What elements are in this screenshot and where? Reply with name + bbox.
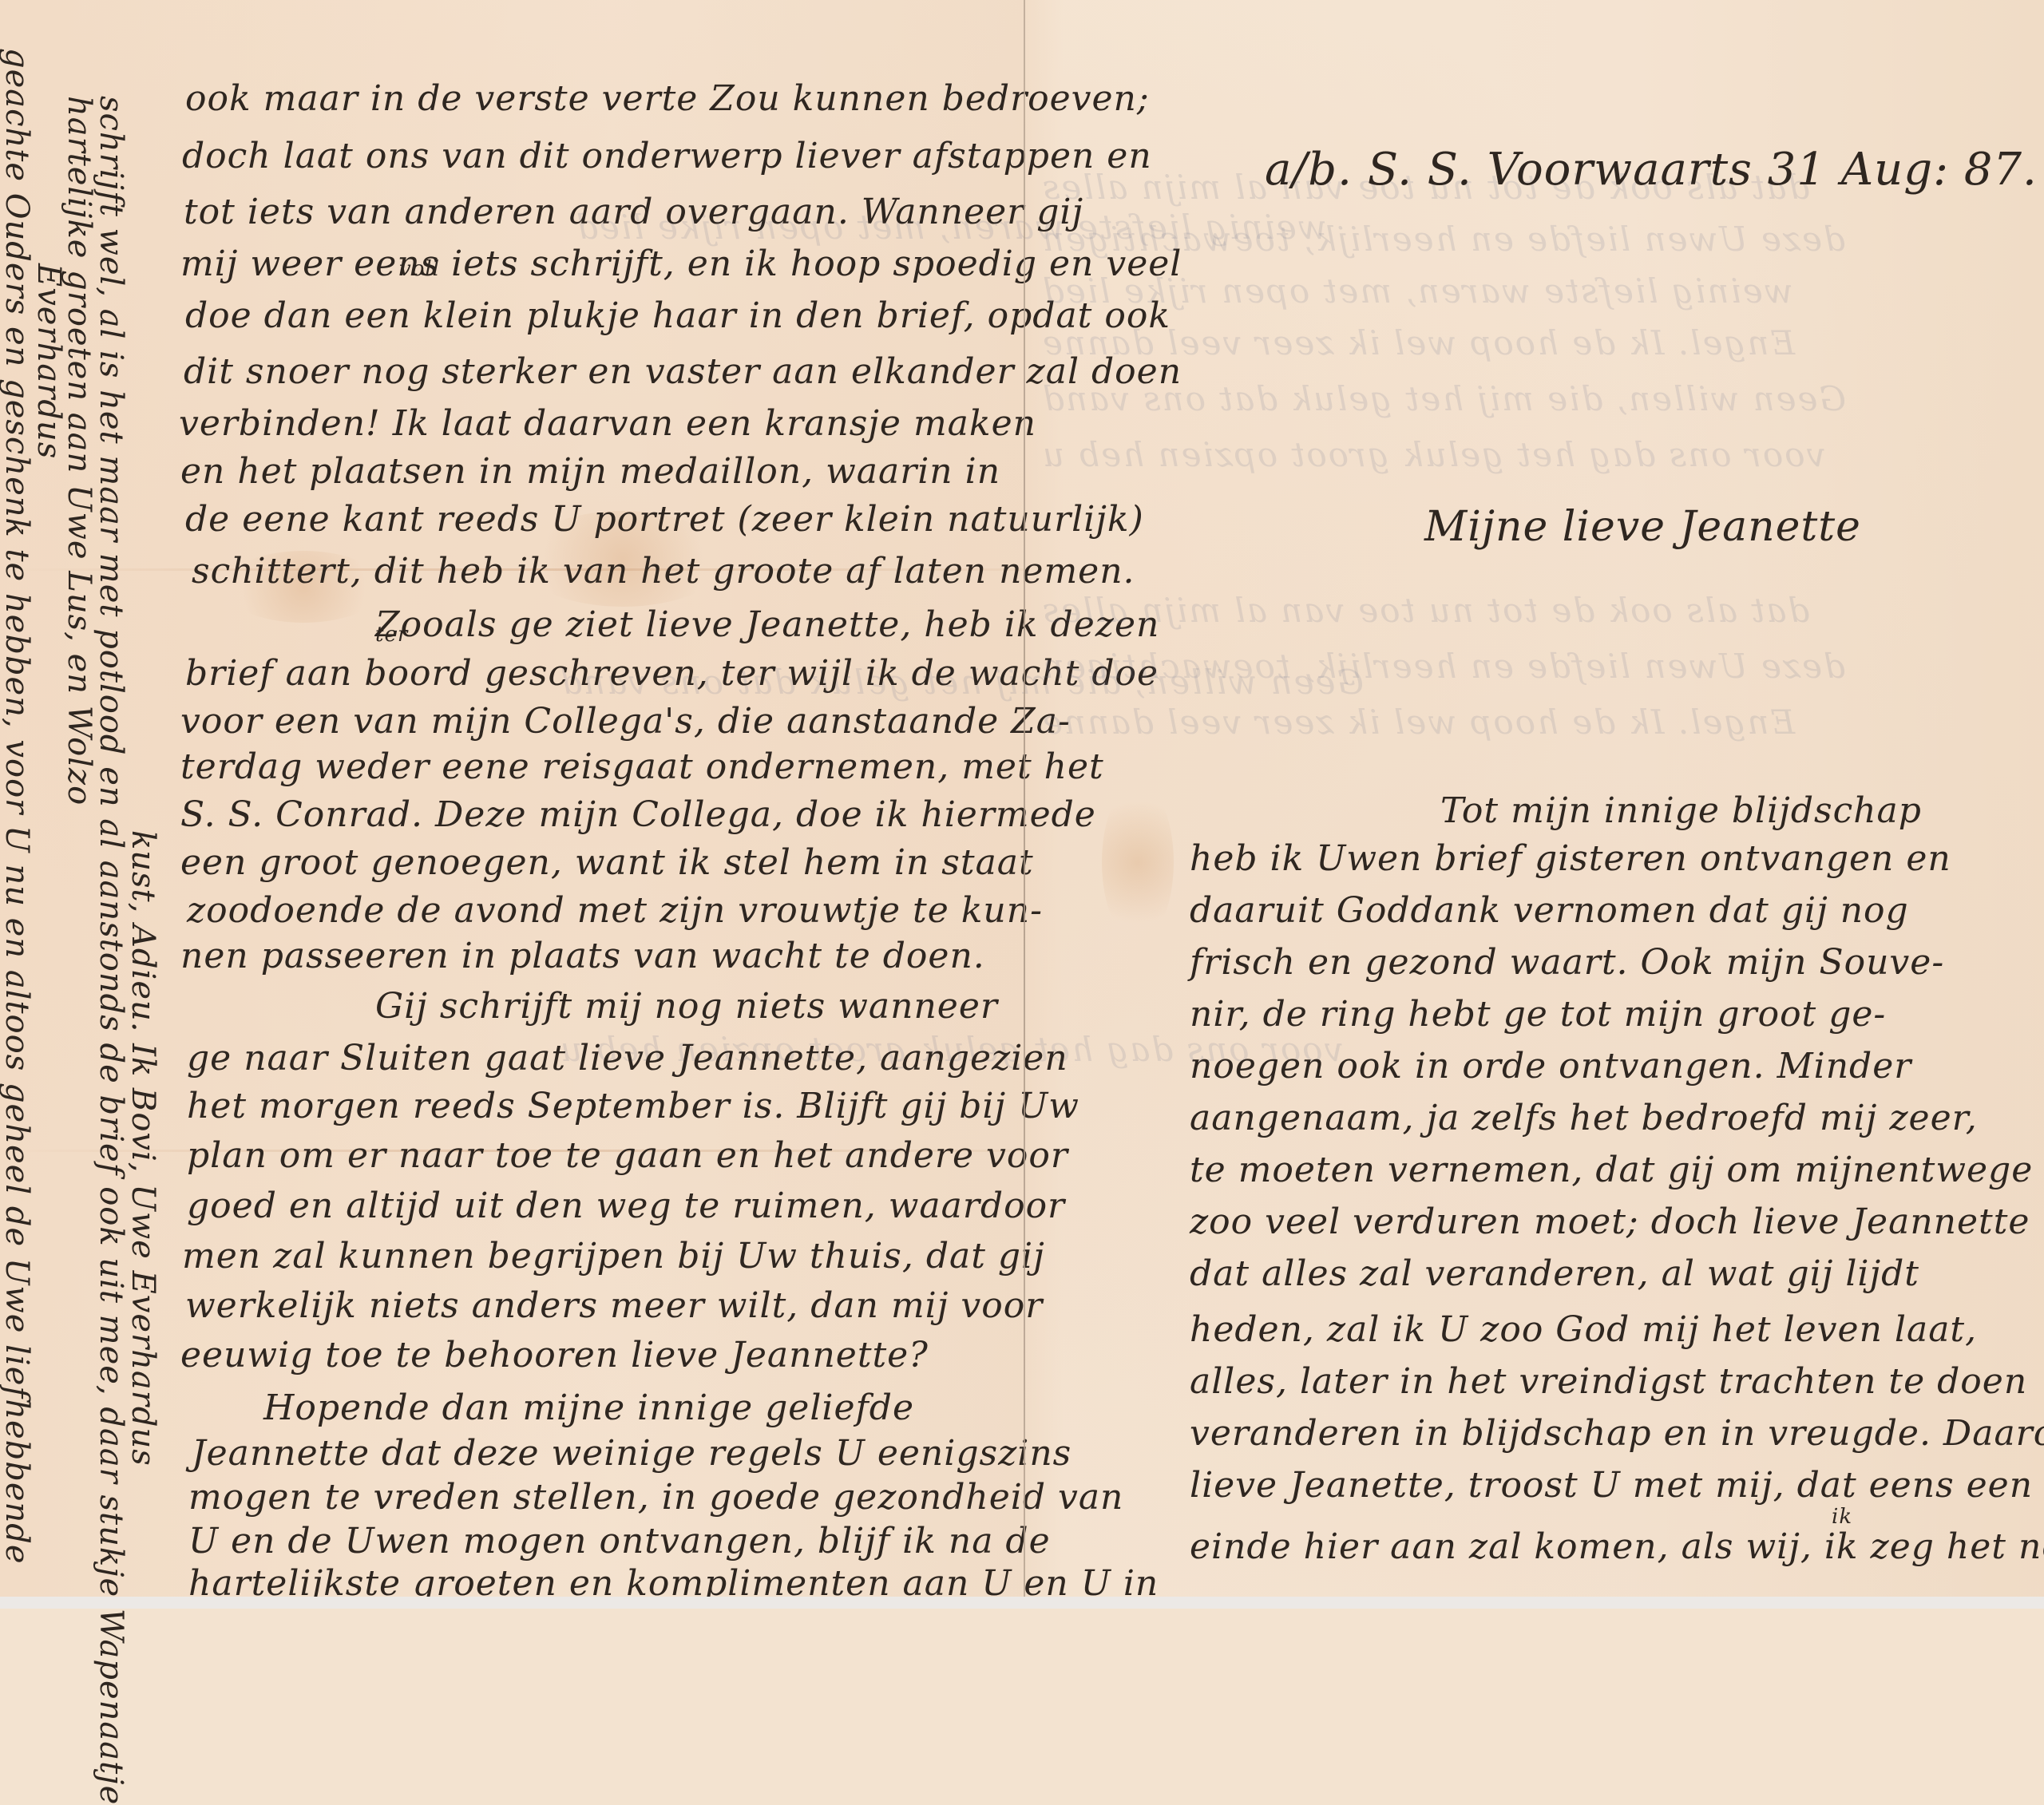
letter-line: te moeten vernemen, dat gij om mijnentwe… [1190, 1150, 2033, 1190]
letter-line: nir, de ring hebt ge tot mijn groot ge- [1190, 994, 1886, 1035]
left-page: geachte Ouders en geschenk te hebben, vo… [0, 0, 1024, 1597]
bleed-through-line: Geen willen, die mij het geluk dat ons v… [1041, 379, 1846, 418]
letter-line: einde hier aan zal komen, als wij, ik ze… [1190, 1526, 2044, 1567]
letter-line: doch laat ons van dit onderwerp liever a… [182, 136, 1152, 176]
letter-line: zoo veel verduren moet; doch lieve Jeann… [1190, 1201, 2030, 1242]
letter-line: Jeannette dat deze weinige regels U eeni… [192, 1433, 1072, 1474]
bleed-through-line: Engel. Ik de hoop wel ik zeer veel danne [1041, 703, 1795, 742]
letter-line: doe dan een klein plukje haar in den bri… [185, 295, 1171, 336]
letter-line: U en de Uwen mogen ontvangen, blijf ik n… [188, 1521, 1051, 1562]
letter-header-place-date: a/b. S. S. Voorwaarts 31 Aug: 87. [1265, 144, 2038, 196]
letter-line: goed en altijd uit den weg te ruimen, wa… [187, 1186, 1065, 1226]
margin-line: kust, Adieu. Ik Bovi, Uwe Everhardus [125, 830, 161, 1467]
letter-line: tot iets van anderen aard overgaan. Wann… [184, 192, 1083, 232]
letter-line: noegen ook in orde ontvangen. Minder [1190, 1046, 1911, 1087]
letter-line: Hopende dan mijne innige geliefde [263, 1387, 914, 1428]
bleed-through-line: voor ons dag het geluk groot opzien heb … [1041, 435, 1825, 474]
letter-line: werkelijk niets anders meer wilt, dan mi… [185, 1285, 1043, 1326]
scan-bottom-edge [0, 1597, 2044, 1609]
letter-line: heden, zal ik U zoo God mij het leven la… [1190, 1309, 1977, 1350]
letter-line: heb ik Uwen brief gisteren ontvangen en [1190, 838, 1951, 879]
bleed-through-line: dat als ook de tot nu toe van al mijn al… [1041, 591, 1809, 630]
letter-line: verbinden! Ik laat daarvan een kransje m… [179, 403, 1036, 444]
letter-line: Tot mijn innige blijdschap [1440, 790, 1922, 831]
bleed-through-line: Engel. Ik de hoop wel ik zeer veel danne [1041, 323, 1795, 362]
letter-line: Gij schrijft mij nog niets wanneer [375, 986, 998, 1027]
left-margin-notes: geachte Ouders en geschenk te hebben, vo… [0, 0, 176, 1597]
letter-line: ge naar Sluiten gaat lieve Jeannette, aa… [187, 1038, 1068, 1079]
letter-line: men zal kunnen begrijpen bij Uw thuis, d… [182, 1236, 1045, 1277]
letter-line: lieve Jeanette, troost U met mij, dat ee… [1190, 1465, 2033, 1506]
letter-line: de eene kant reeds U portret (zeer klein… [185, 499, 1144, 540]
letter-line: aangenaam, ja zelfs het bedroefd mij zee… [1190, 1098, 1978, 1138]
right-page: dat als ook de tot nu toe van al mijn al… [1025, 0, 2044, 1597]
letter-line: en het plaatsen in mijn medaillon, waari… [180, 451, 1000, 492]
letter-line: nen passeeren in plaats van wacht te doe… [180, 936, 985, 976]
letter-line: alles, later in het vreindigst trachten … [1190, 1361, 2027, 1402]
bleed-through-line: deze Uwen liefde en heerlijk, toewachtig… [1041, 220, 1845, 259]
letter-line: mogen te vreden stellen, in goede gezond… [188, 1477, 1123, 1518]
interlinear-insertion: voll [399, 257, 440, 281]
letter-scan: geachte Ouders en geschenk te hebben, vo… [0, 0, 2044, 1609]
letter-line: ook maar in de verste verte Zou kunnen b… [185, 78, 1150, 119]
letter-line: schittert, dit heb ik van het groote af … [192, 551, 1135, 592]
letter-line: S. S. Conrad. Deze mijn Collega, doe ik … [180, 794, 1096, 835]
interlinear-insertion: ik [1832, 1505, 1852, 1529]
bleed-through-line: weinig liefste waren, met open rijke lie… [1041, 271, 1793, 311]
letter-line: voor een van mijn Collega's, die aanstaa… [180, 701, 1071, 742]
letter-line: brief aan boord geschreven, ter wijl ik … [185, 653, 1159, 694]
interlinear-insertion: ter [375, 623, 408, 647]
letter-line: zoodoende de avond met zijn vrouwtje te … [187, 890, 1043, 931]
letter-salutation: Mijne lieve Jeanette [1424, 503, 1861, 551]
letter-line: daaruit Goddank vernomen dat gij nog [1190, 890, 1909, 931]
letter-line: veranderen in blijdschap en in vreugde. … [1190, 1413, 2044, 1454]
letter-line: een groot genoegen, want ik stel hem in … [180, 842, 1034, 883]
letter-line: plan om er naar toe te gaan en het ander… [187, 1135, 1068, 1176]
letter-line: eeuwig toe te behooren lieve Jeannette? [180, 1335, 929, 1376]
letter-line: terdag weder eene reisgaat ondernemen, m… [180, 746, 1104, 787]
bleed-through-line: deze Uwen liefde en heerlijk, toewachtig… [1041, 647, 1845, 686]
letter-line: het morgen reeds September is. Blijft gi… [187, 1086, 1079, 1126]
letter-line: dat alles zal veranderen, al wat gij lij… [1190, 1253, 1919, 1294]
letter-line: frisch en gezond waart. Ook mijn Souve- [1190, 942, 1944, 983]
